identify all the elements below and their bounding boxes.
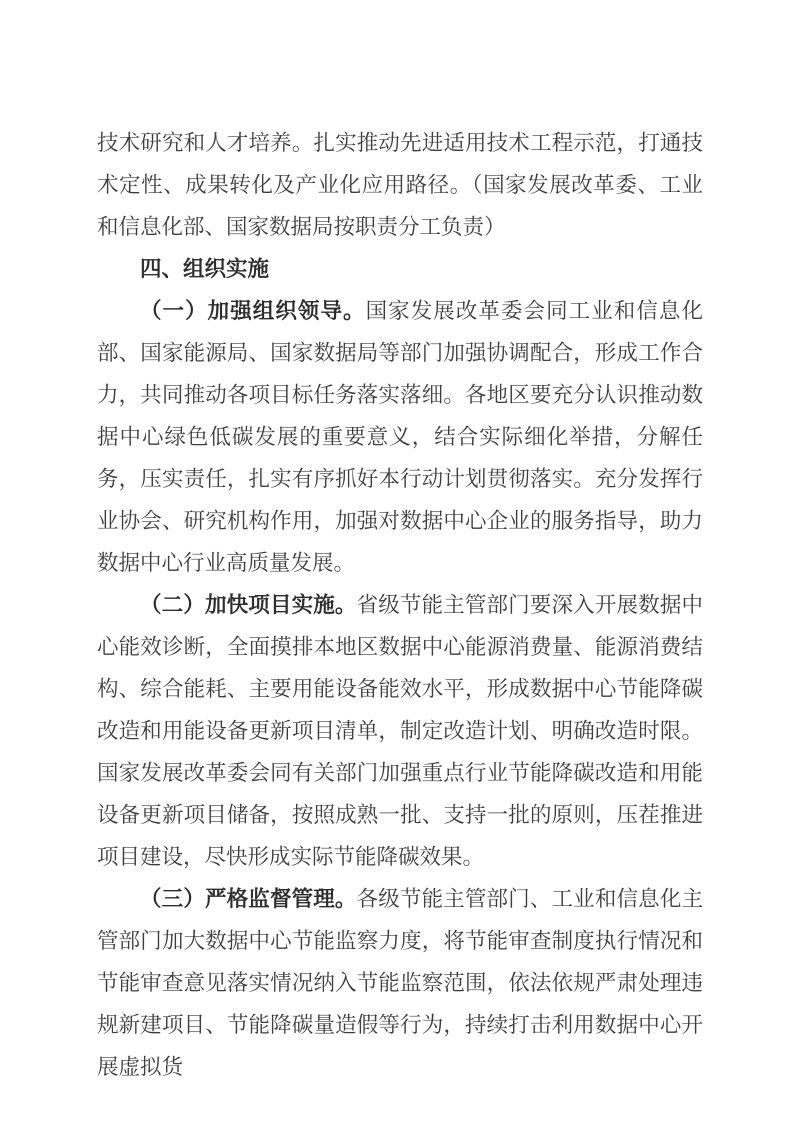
paragraph-1: （一）加强组织领导。国家发展改革委会同工业和信息化部、国家能源局、国家数据局等部…: [97, 290, 703, 584]
paragraph-3-text: 各级节能主管部门、工业和信息化主管部门加大数据中心节能监察力度，将节能审查制度执…: [97, 887, 703, 1079]
paragraph-1-lead: （一）加强组织领导。: [140, 299, 366, 323]
section-heading: 四、组织实施: [97, 248, 703, 290]
document-page: 技术研究和人才培养。扎实推动先进适用技术工程示范，打通技术定性、成果转化及产业化…: [0, 0, 794, 1123]
paragraph-2-text: 省级节能主管部门要深入开展数据中心能效诊断，全面摸排本地区数据中心能源消费量、能…: [97, 593, 703, 869]
paragraph-1-text: 国家发展改革委会同工业和信息化部、国家能源局、国家数据局等部门加强协调配合，形成…: [97, 299, 703, 575]
paragraph-2-lead: （二）加快项目实施。: [140, 593, 357, 617]
paragraph-continuation: 技术研究和人才培养。扎实推动先进适用技术工程示范，打通技术定性、成果转化及产业化…: [97, 122, 703, 248]
page-content: 技术研究和人才培养。扎实推动先进适用技术工程示范，打通技术定性、成果转化及产业化…: [97, 122, 703, 1088]
paragraph-2: （二）加快项目实施。省级节能主管部门要深入开展数据中心能效诊断，全面摸排本地区数…: [97, 584, 703, 878]
paragraph-3-lead: （三）严格监督管理。: [140, 887, 357, 911]
paragraph-3: （三）严格监督管理。各级节能主管部门、工业和信息化主管部门加大数据中心节能监察力…: [97, 878, 703, 1088]
